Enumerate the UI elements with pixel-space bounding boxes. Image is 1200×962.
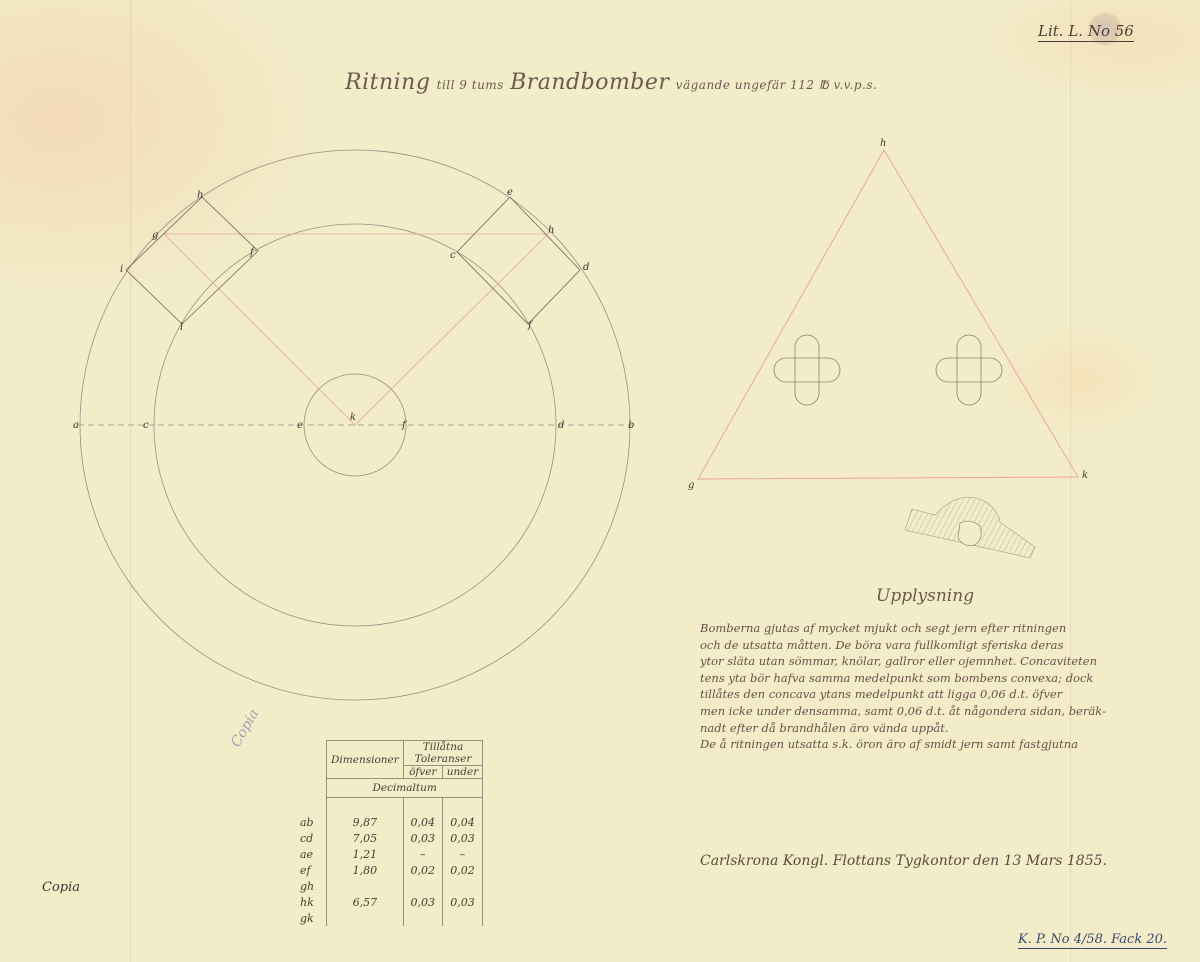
archive-reference: K. P. No 4/58. Fack 20. [1018, 932, 1167, 949]
svg-text:d: d [558, 420, 564, 431]
place-date-signature: Carlskrona Kongl. Flottans Tygkontor den… [700, 853, 1107, 869]
svg-text:f: f [401, 420, 408, 431]
triangle-figure: h g k [688, 138, 1088, 558]
svg-text:g: g [688, 480, 694, 491]
table-row: gh [298, 878, 483, 894]
table-row: ef 1,80 0,02 0,02 [298, 862, 483, 878]
svg-text:h: h [197, 190, 203, 201]
svg-text:c: c [450, 250, 456, 261]
explanation-line: ytor släta utan sömmar, knölar, gallror … [700, 653, 1160, 670]
explanation-line: och de utsatta måtten. De böra vara full… [700, 637, 1160, 654]
table-row: gk [298, 910, 483, 926]
unit-header: Decimaltum [327, 779, 483, 798]
explanation-line: tens yta bör hafva samma medelpunkt som … [700, 670, 1160, 687]
tolerances-header: Tillåtna Toleranser [403, 741, 482, 766]
explanation-heading: Upplysning [876, 586, 974, 606]
tolerance-table: Dimensioner Tillåtna Toleranser öfver un… [298, 740, 483, 926]
svg-text:k: k [1082, 470, 1088, 481]
svg-text:i: i [120, 264, 123, 275]
svg-text:e: e [507, 187, 513, 198]
explanation-line: De å ritningen utsatta s.k. öron äro af … [700, 736, 1160, 753]
svg-text:k: k [350, 412, 356, 423]
under-header: under [442, 766, 482, 779]
dimensions-header: Dimensioner [327, 741, 404, 779]
svg-text:f: f [249, 247, 256, 258]
explanation-line: Bomberna gjutas af mycket mjukt och segt… [700, 620, 1160, 637]
table-row: ae 1,21 – – [298, 846, 483, 862]
technical-drawing: a c e k f d b h g i l f e h c d f h g k [0, 0, 1200, 962]
over-header: öfver [403, 766, 442, 779]
lug-hole-left [774, 335, 840, 405]
svg-text:l: l [180, 322, 183, 333]
explanation-text: Bomberna gjutas af mycket mjukt och segt… [700, 620, 1160, 753]
svg-text:h: h [880, 138, 886, 149]
svg-text:c: c [143, 420, 149, 431]
table-row: ab 9,87 0,04 0,04 [298, 814, 483, 830]
svg-text:h: h [548, 225, 554, 236]
explanation-line: nadt efter då brandhålen äro vända uppåt… [700, 720, 1160, 737]
table-row: hk 6,57 0,03 0,03 [298, 894, 483, 910]
svg-text:e: e [297, 420, 303, 431]
explanation-line: men icke under densamma, samt 0,06 d.t. … [700, 703, 1160, 720]
svg-text:f: f [527, 320, 534, 331]
svg-text:b: b [628, 420, 634, 431]
explanation-line: tillåtes den concava ytans medelpunkt at… [700, 686, 1160, 703]
lug-hole-right [936, 335, 1002, 405]
label-header-cell [298, 741, 327, 798]
bomb-section-figure: a c e k f d b h g i l f e h c d f [73, 150, 634, 700]
svg-text:d: d [583, 262, 589, 273]
svg-text:a: a [73, 420, 79, 431]
copia-note: Copia [42, 880, 80, 895]
svg-text:g: g [152, 230, 158, 241]
table-row: cd 7,05 0,03 0,03 [298, 830, 483, 846]
triangle-ghk [698, 150, 1078, 479]
